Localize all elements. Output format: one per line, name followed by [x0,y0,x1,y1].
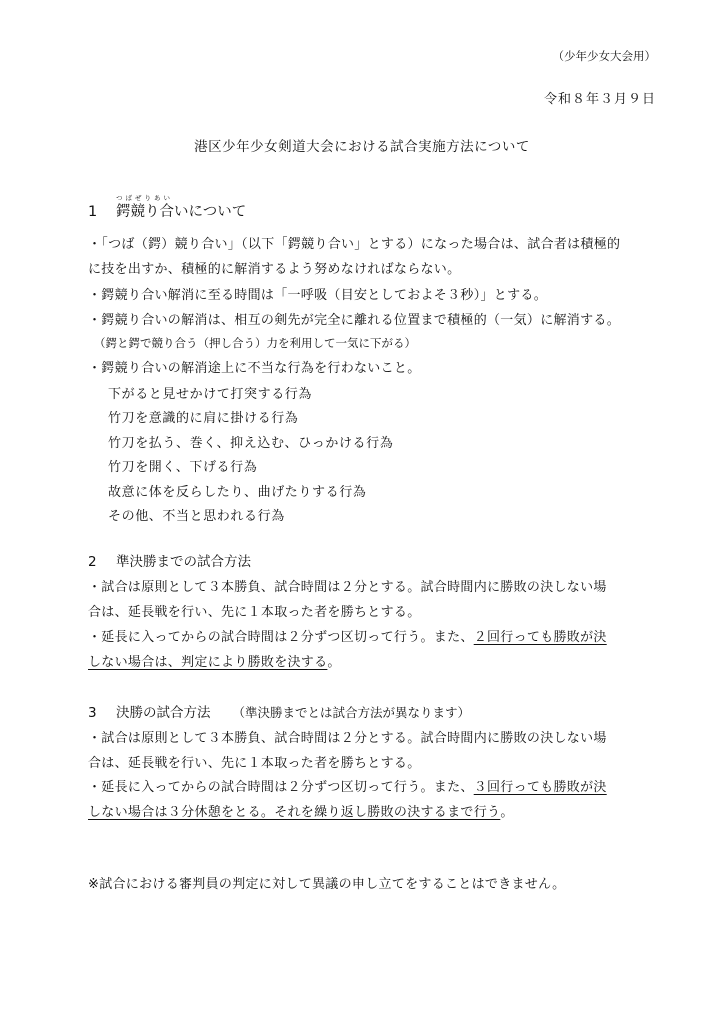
section-1-line: ・「つば（鍔）競り合い」（以下「鍔競り合い」とする）になった場合は、試合者は積極… [88,238,620,251]
section-2-heading: 2準決勝までの試合方法 [88,556,251,570]
section-1-line: ・鍔競り合いの解消途上に不当な行為を行わないこと。 [88,362,421,375]
section-3-heading: 3決勝の試合方法（準決勝までとは試合方法が異なります） [88,707,470,721]
footnote: ※試合における審判員の判定に対して異議の申し立てをすることはできません。 [88,878,565,891]
prohibited-act: 竹刀を意識的に肩に掛ける行為 [108,412,298,425]
section-2-line: 合は、延長戦を行い、先に１本取った者を勝ちとする。 [88,606,421,619]
section-3-extension: ・延長に入ってからの試合時間は２分ずつ区切って行う。また、３回行っても勝敗が決 [88,781,607,794]
prohibited-act: 故意に体を反らしたり、曲げたりする行為 [108,486,366,499]
section-2-number: 2 [88,556,116,570]
ruby-reading: つばぜりあい [116,195,173,202]
section-3-number: 3 [88,707,116,721]
section-3-line: ・試合は原則として３本勝負、試合時間は２分とする。試合時間内に勝敗の決しない場 [88,732,607,745]
section-3-line: 合は、延長戦を行い、先に１本取った者を勝ちとする。 [88,757,421,770]
section-1-note: （鍔と鍔で競り合う（押し合う）力を利用して一気に下がる） [94,338,416,350]
section-3-extension: しない場合は３分休憩をとる。それを繰り返し勝敗の決するまで行う。 [88,806,514,819]
section-2-extension: ・延長に入ってからの試合時間は２分ずつ区切って行う。また、２回行っても勝敗が決 [88,631,607,644]
section-3-note: （準決勝までとは試合方法が異なります） [233,705,471,720]
prohibited-act: 下がると見せかけて打突する行為 [108,388,312,401]
prohibited-act: 竹刀を払う、巻く、抑え込む、ひっかける行為 [108,437,393,450]
section-1-number: 1 [88,205,116,220]
section-2-extension: しない場合は、判定により勝敗を決する。 [88,656,341,669]
section-1-line: ・鍔競り合い解消に至る時間は「一呼吸（目安としておよそ３秒）」とする。 [88,289,547,302]
section-1-line: に技を出すか、積極的に解消するよう努めなければならない。 [88,263,460,276]
underlined-rule: ２回行っても勝敗が決 [474,630,607,645]
prohibited-act: その他、不当と思われる行為 [108,510,285,523]
document-date: 令和８年３月９日 [544,93,656,106]
audience-label: （少年少女大会用） [553,51,657,63]
underlined-rule: しない場合は、判定により勝敗を決する [88,655,327,670]
underlined-rule: しない場合は３分休憩をとる。それを繰り返し勝敗の決するまで行う [88,805,500,820]
prohibited-act: 竹刀を開く、下げる行為 [108,461,257,474]
section-1-heading: 1つばぜりあい鍔競り合いについて [88,205,246,220]
ruby-term: つばぜりあい鍔競り合 [116,205,174,220]
underlined-rule: ３回行っても勝敗が決 [474,780,607,795]
document-title: 港区少年少女剣道大会における試合実施方法について [0,141,724,155]
section-1-line: ・鍔競り合いの解消は、相互の剣先が完全に離れる位置まで積極的（一気）に解消する。 [88,314,620,327]
section-2-line: ・試合は原則として３本勝負、試合時間は２分とする。試合時間内に勝敗の決しない場 [88,581,607,594]
